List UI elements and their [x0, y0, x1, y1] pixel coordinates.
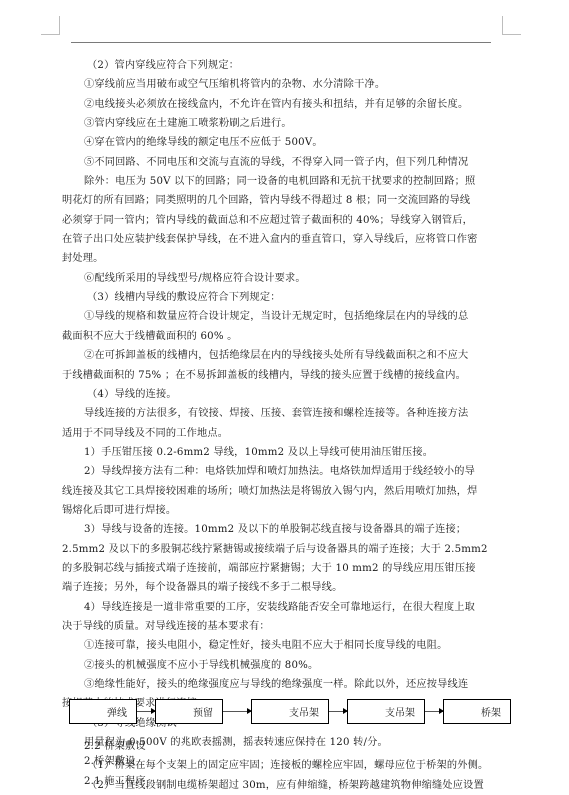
- paragraph-line: （2）管内穿线应符合下列规定：: [62, 56, 505, 75]
- flow-step-label: 弹线: [107, 704, 127, 719]
- flow-step-yuliu: 预留: [155, 699, 223, 724]
- paragraph-line: 4）导线连接是一道非常重要的工序，安装线路能否安全可靠地运行，在很大程度上取: [62, 598, 505, 617]
- paragraph-line: 在管子出口处应装护线套保护导线，在不进入盒内的垂直管口，穿入导线后，应将管口作密: [62, 230, 505, 249]
- paragraph-line: ②在可拆卸盖板的线槽内，包括绝缘层在内的导线接头处所有导线截面积之和不应大: [62, 346, 505, 365]
- crop-mark-top-right: [502, 16, 521, 35]
- paragraph-line: 明花灯的所有回路；同类照明的几个回路，管内导线不得超过 8 根；同一交流回路的导…: [62, 191, 505, 210]
- flow-step-label: 预留: [193, 704, 213, 719]
- paragraph-line: 1）手压钳压接 0.2-6mm2 导线，10mm2 及以上导线可使用油压钳压接。: [62, 443, 505, 462]
- header-rule: [71, 42, 491, 43]
- paragraph-line: 端子连接；另外，每个设备器具的端子接线不多于二根导线。: [62, 578, 505, 597]
- document-body: （2）管内穿线应符合下列规定：①穿线前应当用破布或空气压缩机将管内的杂物、水分清…: [62, 56, 505, 791]
- paragraph-line: ⑤不同回路、不同电压和交流与直流的导线，不得穿入同一管子内，但下列几种情况: [62, 153, 505, 172]
- flow-step-label: 桥架: [481, 704, 501, 719]
- paragraph-line: ①导线的规格和数量应符合设计规定，当设计无规定时，包括绝缘层在内的导线的总: [62, 307, 505, 326]
- paragraph-line: 于线槽截面积的 75% ；在不易拆卸盖板的线槽内，导线的接头应置于线槽的接线盒内…: [62, 366, 505, 385]
- paragraph-line: ②电线接头必须放在接线盒内，不允许在管内有接头和扭结，并有足够的余留长度。: [62, 95, 505, 114]
- paragraph-line: （2）当直线段钢制电缆桥架超过 30m，应有伸缩缝，桥架跨越建筑物伸缩缝处应设置: [62, 776, 512, 795]
- flow-step-qiaojia: 桥架: [443, 699, 511, 724]
- paragraph-line: 导线连接的方法很多，有铰接、焊接、压接、套管连接和螺栓连接等。各种连接方法: [62, 404, 505, 423]
- paragraph-line: ①穿线前应当用破布或空气压缩机将管内的杂物、水分清除干净。: [62, 75, 505, 94]
- flow-step-zhidiaojia-2: 支吊架: [347, 699, 425, 724]
- paragraph-line: 的多股铜芯线与插接式端子连接前，端部应拧紧搪锡；大于 10 mm2 的导线应用压…: [62, 559, 505, 578]
- paragraph-line: 必须穿于同一管内；管内导线的截面总和不应超过管子截面积的 40%；导线穿入钢管后…: [62, 211, 505, 230]
- paragraph-line: 截面积不应大于线槽截面积的 60% 。: [62, 327, 505, 346]
- flow-step-label: 支吊架: [289, 704, 319, 719]
- paragraph-line: 锡熔化后即可进行焊接。: [62, 501, 505, 520]
- paragraph-line: （4）导线的连接。: [62, 385, 505, 404]
- paragraph-line: 2.2 桥架敷设: [62, 737, 512, 756]
- paragraph-line: 3）导线与设备的连接。10mm2 及以下的单股铜芯线直接与设备器具的端子连接；: [62, 520, 505, 539]
- paragraph-line: （3）线槽内导线的敷设应符合下列规定：: [62, 288, 505, 307]
- document-body-continued: 2.2 桥架敷设（1）桥架在每个支架上的固定应牢固；连接板的螺栓应牢固，螺母应位…: [62, 737, 512, 795]
- paragraph-line: ③管内穿线应在土建施工喷浆粉刷之后进行。: [62, 114, 505, 133]
- flow-step-label: 支吊架: [385, 704, 415, 719]
- paragraph-line: 线连接及其它工具焊接较困难的场所；喷灯加热法是将锡放入锡勺内，然后用喷灯加热，焊: [62, 482, 505, 501]
- crop-mark-top-left: [41, 16, 60, 35]
- paragraph-line: ①连接可靠，接头电阻小，稳定性好，接头电阻不应大于相同长度导线的电阻。: [62, 636, 505, 655]
- paragraph-line: （1）桥架在每个支架上的固定应牢固；连接板的螺栓应牢固，螺母应位于桥架的外侧。: [62, 756, 512, 775]
- paragraph-line: ③绝缘性能好，接头的绝缘强度应与导线的绝缘强度一样。除此以外，还应按导线连: [62, 675, 505, 694]
- paragraph-line: 2.5mm2 及以下的多股铜芯线拧紧搪锡或接续端子后与设备器具的端子连接；大于 …: [62, 540, 505, 559]
- paragraph-line: 2）导线焊接方法有二种：电烙铁加焊和喷灯加热法。电烙铁加焊适用于线经较小的导: [62, 462, 505, 481]
- paragraph-line: 适用于不同导线及不同的工作地点。: [62, 424, 505, 443]
- paragraph-line: ⑥配线所采用的导线型号/规格应符合设计要求。: [62, 269, 505, 288]
- paragraph-line: 决于导线的质量。对导线连接的基本要求有：: [62, 617, 505, 636]
- paragraph-line: 封处理。: [62, 249, 505, 268]
- flow-step-zhidiaojia-1: 支吊架: [251, 699, 329, 724]
- paragraph-line: 除外：电压为 50V 以下的回路；同一设备的电机回路和无抗干扰要求的控制回路；照: [62, 172, 505, 191]
- paragraph-line: ②接头的机械强度不应小于导线机械强度的 80%。: [62, 656, 505, 675]
- flow-step-tanxian: 弹线: [69, 699, 137, 724]
- paragraph-line: ④穿在管内的绝缘导线的额定电压不应低于 500V。: [62, 133, 505, 152]
